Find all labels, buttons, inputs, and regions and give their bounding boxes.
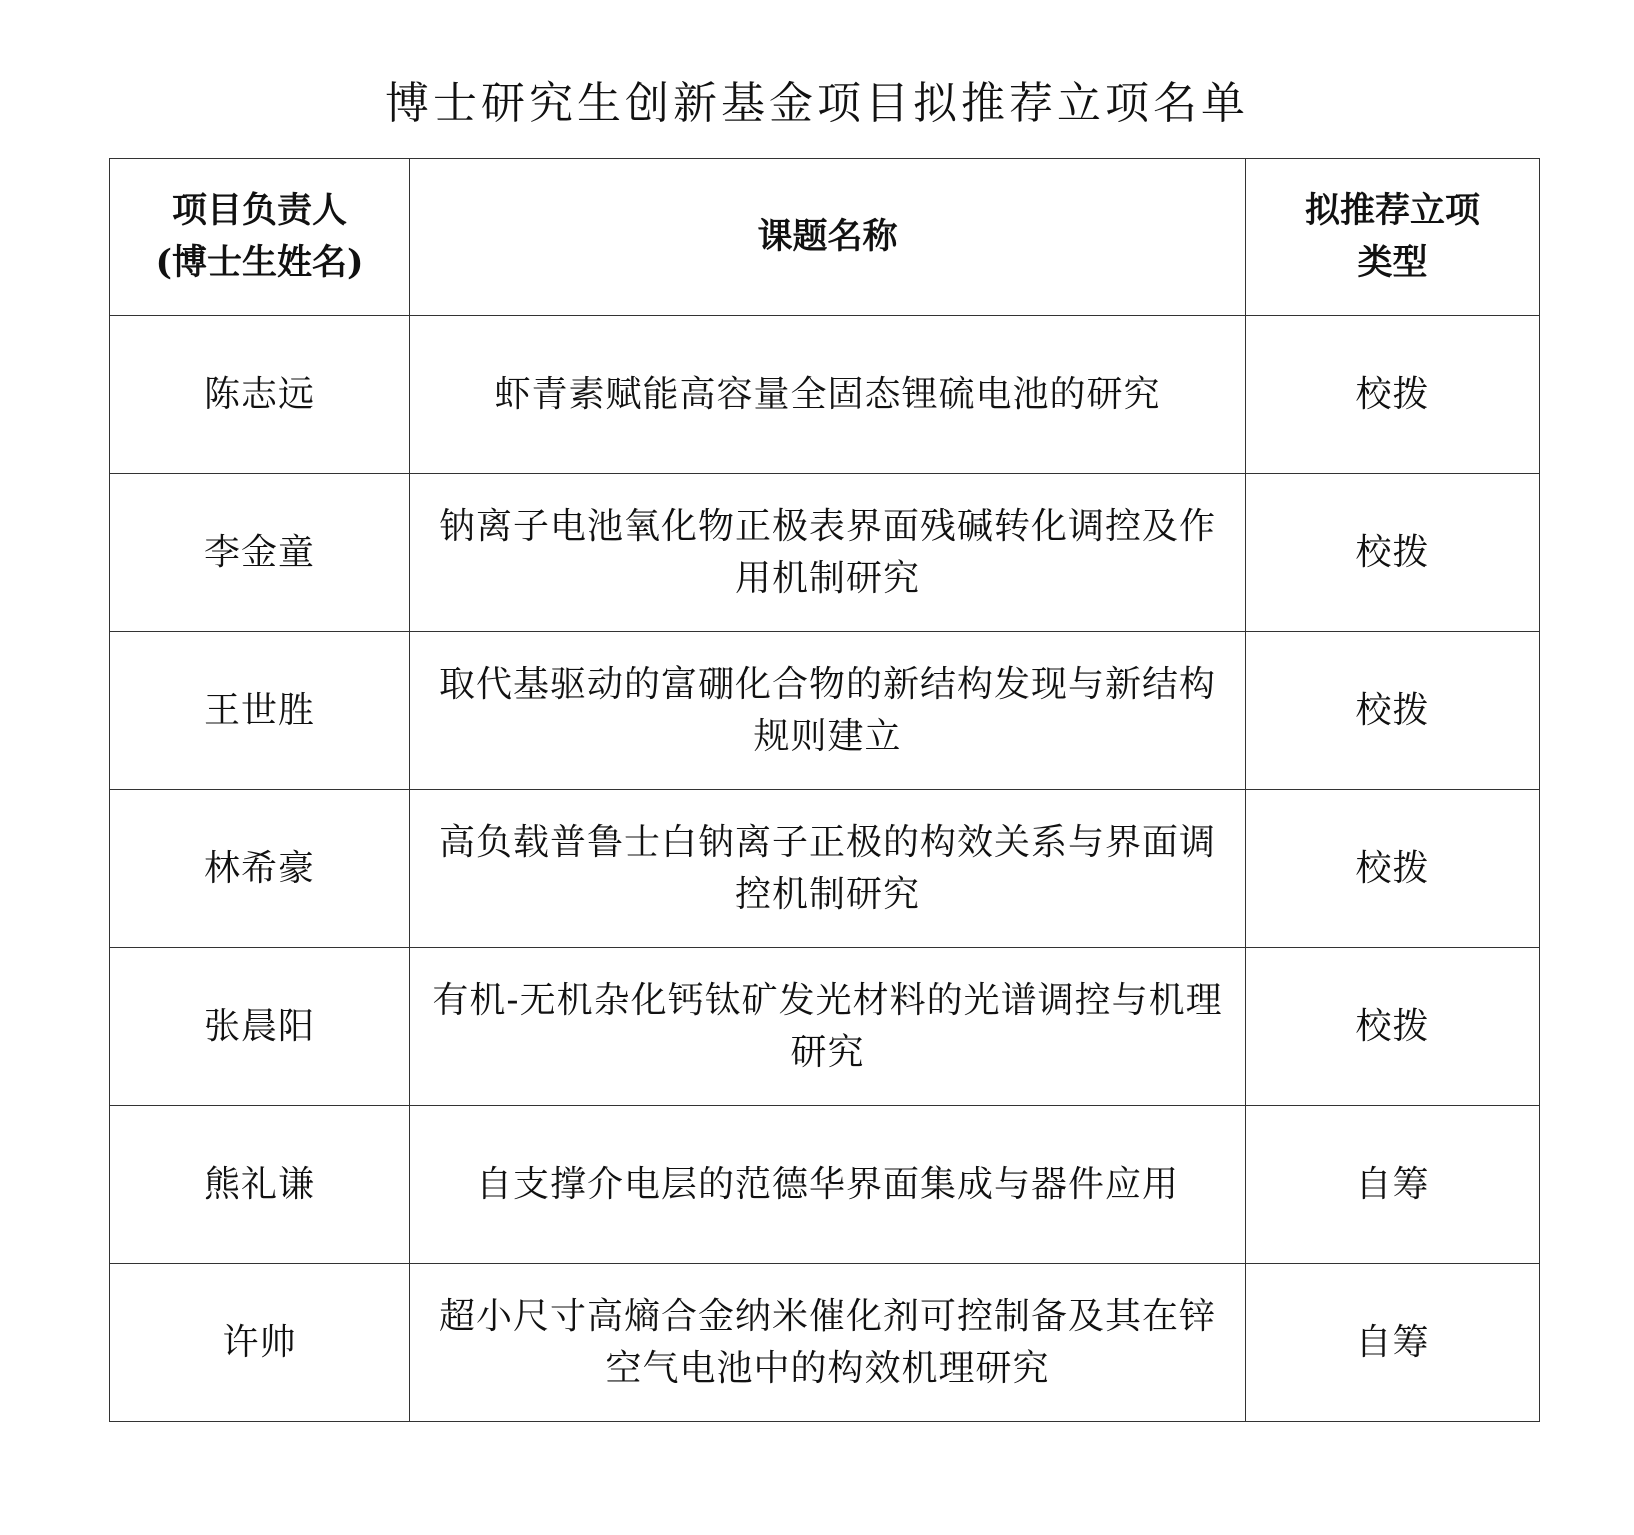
cell-name: 陈志远 <box>110 316 410 474</box>
header-leader-line1: 项目负责人 <box>130 185 389 237</box>
cell-topic: 取代基驱动的富硼化合物的新结构发现与新结构规则建立 <box>410 632 1246 790</box>
table-row: 陈志远 虾青素赋能高容量全固态锂硫电池的研究 校拨 <box>110 316 1540 474</box>
cell-type: 校拨 <box>1246 474 1540 632</box>
header-type-line2: 类型 <box>1266 237 1519 289</box>
header-topic: 课题名称 <box>410 159 1246 316</box>
cell-topic: 有机-无机杂化钙钛矿发光材料的光谱调控与机理研究 <box>410 948 1246 1106</box>
table-row: 张晨阳 有机-无机杂化钙钛矿发光材料的光谱调控与机理研究 校拨 <box>110 948 1540 1106</box>
cell-type: 校拨 <box>1246 632 1540 790</box>
header-leader: 项目负责人 (博士生姓名) <box>110 159 410 316</box>
header-type: 拟推荐立项 类型 <box>1246 159 1540 316</box>
document-title: 博士研究生创新基金项目拟推荐立项名单 <box>0 74 1634 134</box>
cell-type: 自筹 <box>1246 1106 1540 1264</box>
table-header-row: 项目负责人 (博士生姓名) 课题名称 拟推荐立项 类型 <box>110 159 1540 316</box>
cell-topic: 超小尺寸高熵合金纳米催化剂可控制备及其在锌空气电池中的构效机理研究 <box>410 1264 1246 1422</box>
cell-type: 校拨 <box>1246 790 1540 948</box>
cell-name: 熊礼谦 <box>110 1106 410 1264</box>
table-row: 李金童 钠离子电池氧化物正极表界面残碱转化调控及作用机制研究 校拨 <box>110 474 1540 632</box>
header-type-line1: 拟推荐立项 <box>1266 185 1519 237</box>
cell-name: 王世胜 <box>110 632 410 790</box>
header-leader-line2: (博士生姓名) <box>130 237 389 289</box>
cell-name: 林希豪 <box>110 790 410 948</box>
table-row: 熊礼谦 自支撑介电层的范德华界面集成与器件应用 自筹 <box>110 1106 1540 1264</box>
cell-type: 自筹 <box>1246 1264 1540 1422</box>
cell-topic: 高负载普鲁士白钠离子正极的构效关系与界面调控机制研究 <box>410 790 1246 948</box>
cell-type: 校拨 <box>1246 948 1540 1106</box>
cell-name: 李金童 <box>110 474 410 632</box>
table-row: 王世胜 取代基驱动的富硼化合物的新结构发现与新结构规则建立 校拨 <box>110 632 1540 790</box>
recommendation-table: 项目负责人 (博士生姓名) 课题名称 拟推荐立项 类型 陈志远 虾青素赋能高容量… <box>109 158 1540 1422</box>
table-row: 林希豪 高负载普鲁士白钠离子正极的构效关系与界面调控机制研究 校拨 <box>110 790 1540 948</box>
cell-topic: 自支撑介电层的范德华界面集成与器件应用 <box>410 1106 1246 1264</box>
cell-type: 校拨 <box>1246 316 1540 474</box>
cell-name: 张晨阳 <box>110 948 410 1106</box>
header-topic-label: 课题名称 <box>430 211 1225 263</box>
cell-name: 许帅 <box>110 1264 410 1422</box>
cell-topic: 钠离子电池氧化物正极表界面残碱转化调控及作用机制研究 <box>410 474 1246 632</box>
cell-topic: 虾青素赋能高容量全固态锂硫电池的研究 <box>410 316 1246 474</box>
table-row: 许帅 超小尺寸高熵合金纳米催化剂可控制备及其在锌空气电池中的构效机理研究 自筹 <box>110 1264 1540 1422</box>
